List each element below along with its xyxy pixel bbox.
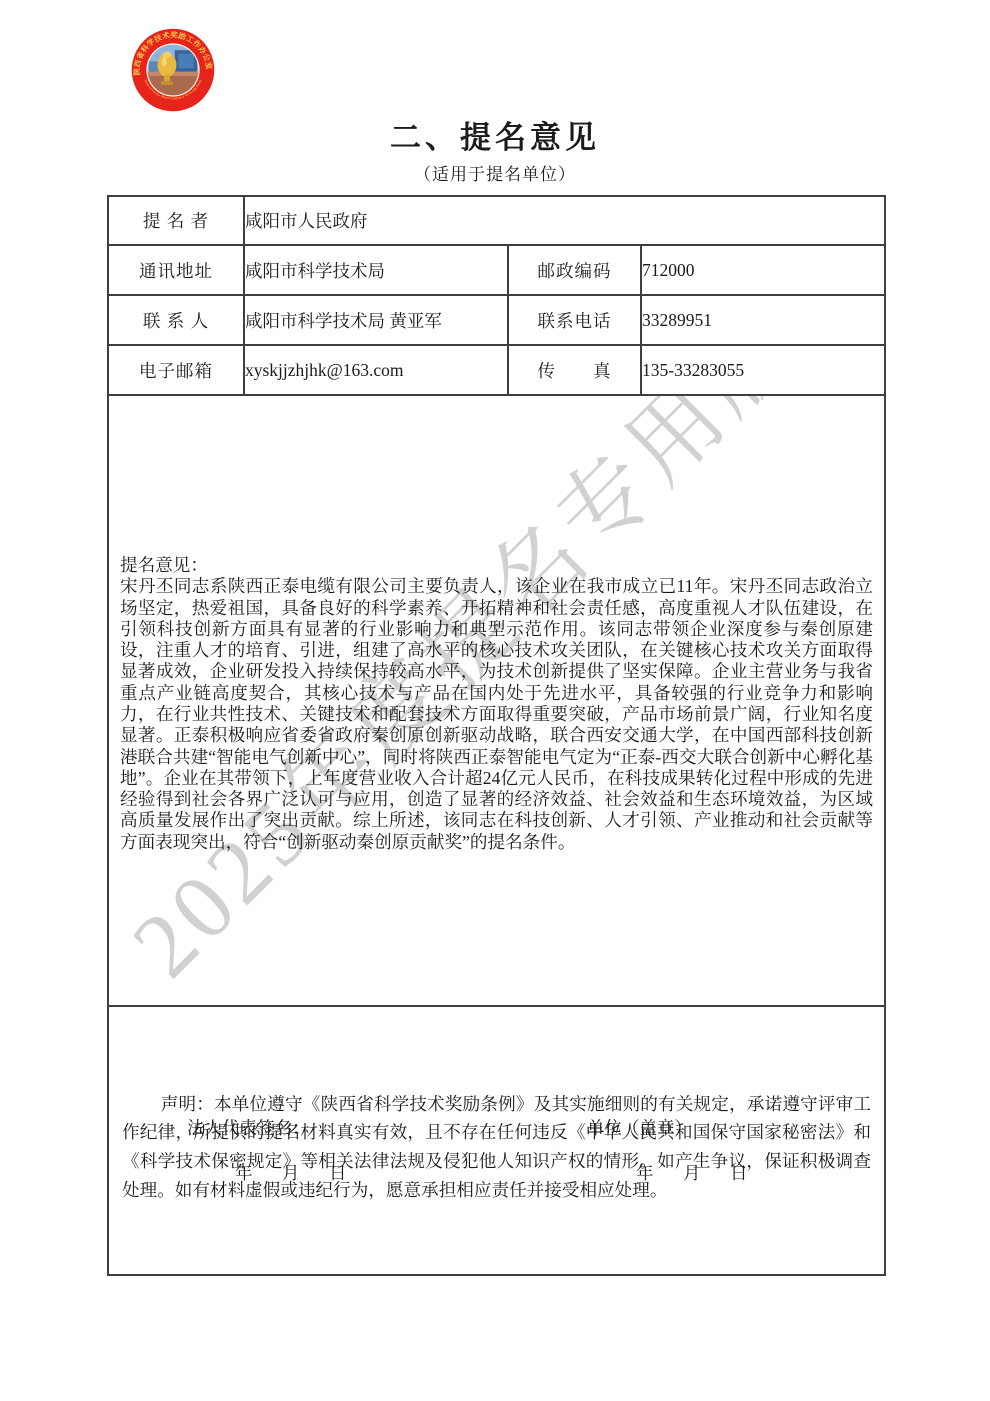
address-value: 咸阳市科学技术局 xyxy=(244,245,508,295)
date-line-right: 年 月 日 xyxy=(636,1160,754,1185)
table-row: 电子邮箱 xyskjjzhjhk@163.com 传 真 135-3328305… xyxy=(108,345,885,395)
contact-phone-label: 联系电话 xyxy=(508,295,641,345)
table-row: 通讯地址 咸阳市科学技术局 邮政编码 712000 xyxy=(108,245,885,295)
email-label: 电子邮箱 xyxy=(108,345,244,395)
declaration-cell: 声明：本单位遵守《陕西省科学技术奖励条例》及其实施细则的有关规定，承诺遵守评审工… xyxy=(108,1006,885,1275)
email-value: xyskjjzhjhk@163.com xyxy=(244,345,508,395)
table-row: 声明：本单位遵守《陕西省科学技术奖励条例》及其实施细则的有关规定，承诺遵守评审工… xyxy=(108,1006,885,1275)
postal-code-value: 712000 xyxy=(641,245,885,295)
fax-value: 135-33283055 xyxy=(641,345,885,395)
nominator-value: 咸阳市人民政府 xyxy=(244,196,885,245)
nominator-label: 提 名 者 xyxy=(108,196,244,245)
office-seal: 陕西省科学技术奖励工作办公室 Shaanxi Province Office o… xyxy=(130,27,216,113)
contact-phone-value: 33289951 xyxy=(641,295,885,345)
declaration-text: 声明：本单位遵守《陕西省科学技术奖励条例》及其实施细则的有关规定，承诺遵守评审工… xyxy=(109,1077,884,1204)
opinion-heading: 提名意见： xyxy=(120,555,873,576)
table-row: 2025年度提名专用版 提名意见： 宋丹丕同志系陕西正泰电缆有限公司主要负责人，… xyxy=(108,395,885,1006)
postal-code-label: 邮政编码 xyxy=(508,245,641,295)
legal-representative-signature-label: 法人代表签名： xyxy=(187,1115,310,1140)
opinion-body: 宋丹丕同志系陕西正泰电缆有限公司主要负责人，该企业在我市成立已11年。宋丹丕同志… xyxy=(120,576,873,852)
date-line-left: 年 月 日 xyxy=(235,1160,353,1185)
page-subtitle: （适用于提名单位） xyxy=(0,160,990,185)
address-label: 通讯地址 xyxy=(108,245,244,295)
contact-person-label: 联 系 人 xyxy=(108,295,244,345)
page-title: 二、提名意见 xyxy=(0,120,990,156)
contact-person-value: 咸阳市科学技术局 黄亚军 xyxy=(244,295,508,345)
table-row: 提 名 者 咸阳市人民政府 xyxy=(108,196,885,245)
document-page: 陕西省科学技术奖励工作办公室 Shaanxi Province Office o… xyxy=(0,0,990,1401)
fax-label: 传 真 xyxy=(508,345,641,395)
unit-stamp-label: 单位（盖章） xyxy=(587,1115,692,1140)
opinion-text-block: 提名意见： 宋丹丕同志系陕西正泰电缆有限公司主要负责人，该企业在我市成立已11年… xyxy=(109,548,884,853)
opinion-cell: 2025年度提名专用版 提名意见： 宋丹丕同志系陕西正泰电缆有限公司主要负责人，… xyxy=(108,395,885,1006)
table-row: 联 系 人 咸阳市科学技术局 黄亚军 联系电话 33289951 xyxy=(108,295,885,345)
nomination-form-table: 提 名 者 咸阳市人民政府 通讯地址 咸阳市科学技术局 邮政编码 712000 … xyxy=(107,195,886,1276)
